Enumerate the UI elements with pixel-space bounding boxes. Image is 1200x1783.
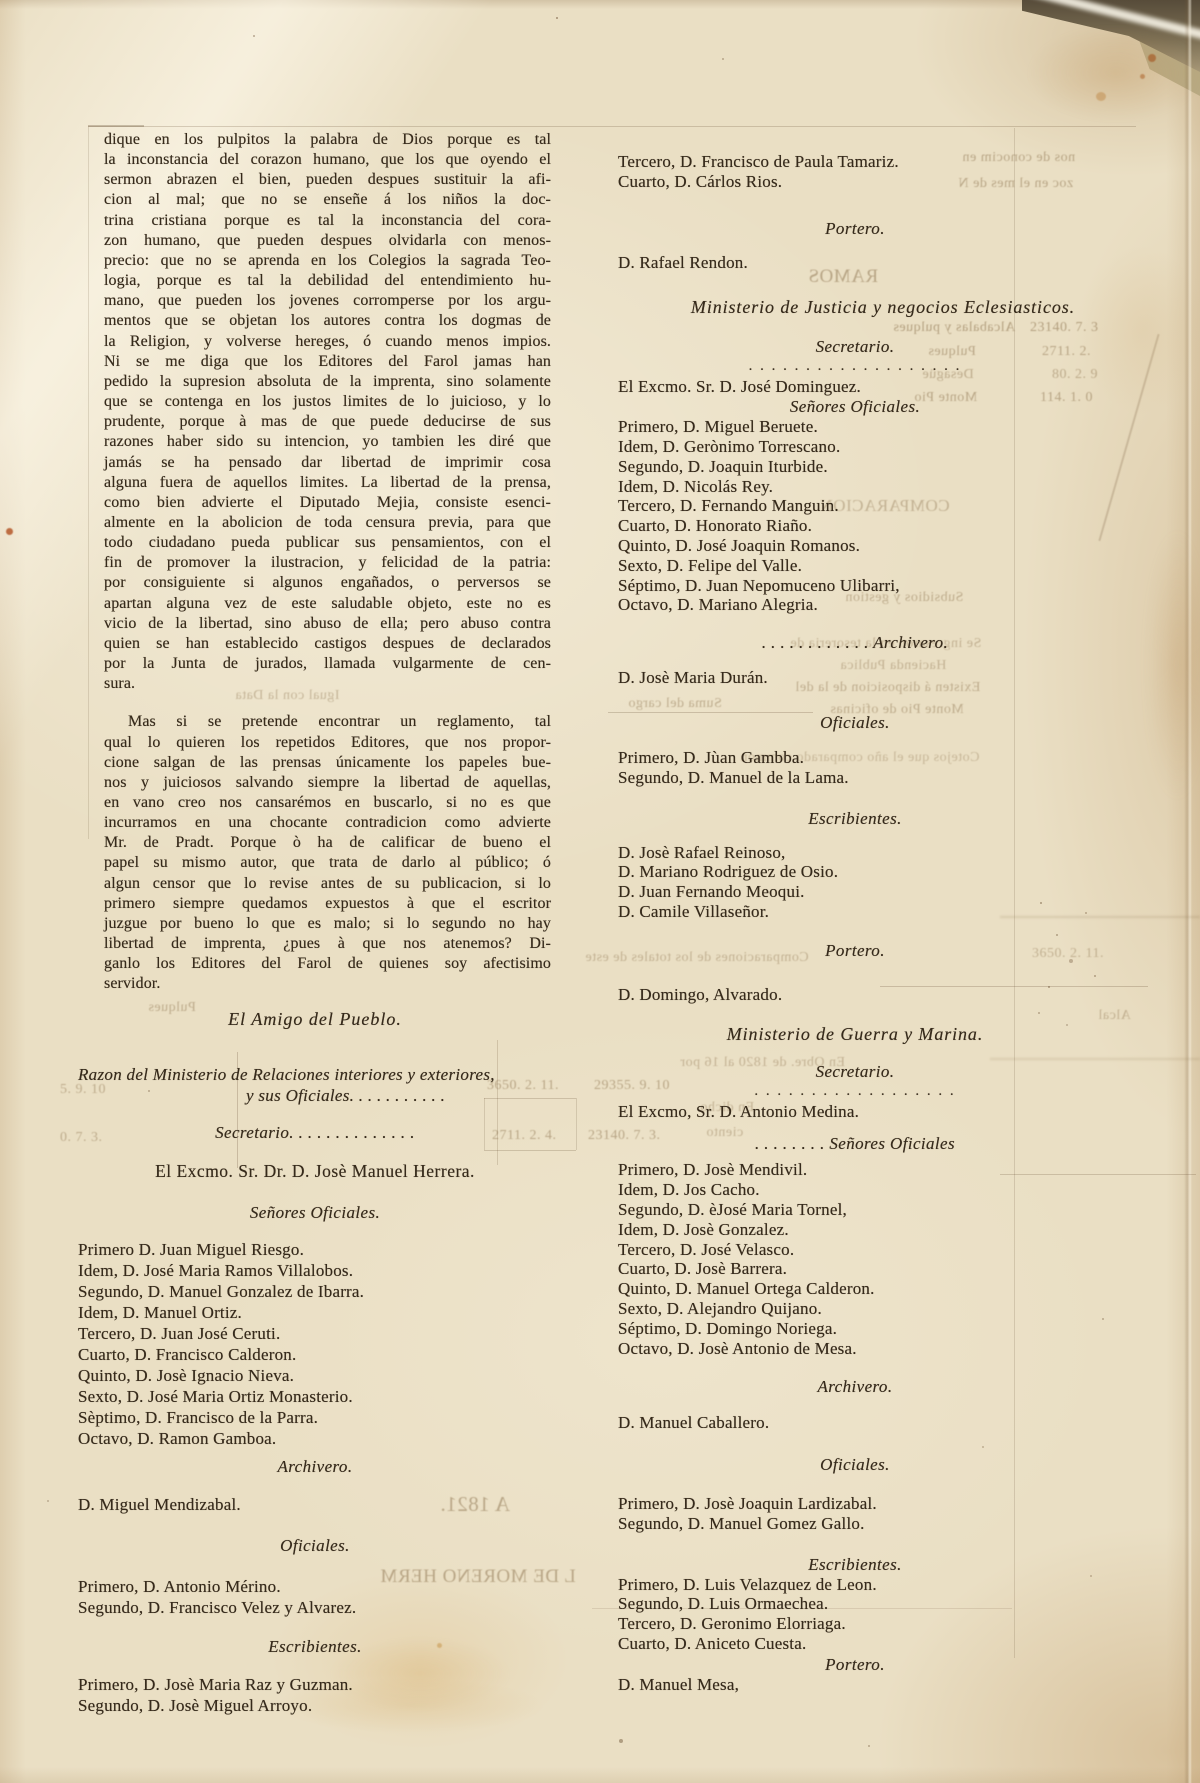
paragraph-line: cione salgan de las prensas únicamente l…: [104, 753, 551, 773]
paragraph-line: servidor.: [104, 974, 551, 994]
oficiales2-list: Primero, D. Antonio Mérino.Segundo, D. F…: [78, 1576, 552, 1618]
paragraph-line: precio: que no se aprenda en los Colegio…: [104, 251, 551, 271]
official-name: Idem, D. José Maria Ramos Villalobos.: [78, 1260, 552, 1281]
paragraph-line: vicio de la libertad, sino abuso de ella…: [104, 614, 551, 634]
rust-spot: [1148, 54, 1156, 62]
heading-escribientes: Escribientes.: [618, 1554, 1092, 1575]
official-name: Tercero, D. Francisco de Paula Tamariz.: [618, 152, 1092, 172]
razon-heading-line1: Razon del Ministerio de Relaciones inter…: [78, 1064, 552, 1085]
paragraph-line: la inconstancia del corazon humano, que …: [104, 150, 551, 170]
paragraph-line: que se contenga en los justos limites de…: [104, 392, 551, 412]
carryover-list: Tercero, D. Francisco de Paula Tamariz.C…: [618, 152, 1092, 192]
official-name: D. Manuel Caballero.: [618, 1413, 1092, 1433]
heading-oficiales: Oficiales.: [618, 712, 1092, 733]
rust-spot: [1140, 74, 1145, 79]
heading-secretario: Secretario. . . . . . . . . . . . . .: [78, 1122, 552, 1143]
heading-archivero: Archivero.: [78, 1456, 552, 1477]
portero-name-block: D. Rafael Rendon.: [618, 253, 1092, 273]
paragraph-line: juzgue por bueno lo que es malo; si lo s…: [104, 914, 551, 934]
paragraph-line: dique en los pulpitos la palabra de Dios…: [104, 130, 551, 150]
paragraph-line: mentos que se objetan los autores contra…: [104, 311, 551, 331]
vertical-crease: [1184, 0, 1192, 1783]
left-column: dique en los pulpitos la palabra de Dios…: [78, 130, 552, 1716]
dotted-leader: . . . . . . . . . . . . . . . . . . .: [618, 357, 1092, 375]
official-name: Sexto, D. Felipe del Valle.: [618, 556, 1092, 576]
paragraph-line: la Religion, y volverse hereges, ó cuand…: [104, 332, 551, 352]
official-name: D. Miguel Mendizabal.: [78, 1494, 552, 1515]
stain: [1146, 530, 1200, 800]
official-name: Idem, D. Josè Gonzalez.: [618, 1220, 1092, 1240]
heading-portero: Portero.: [618, 1654, 1092, 1675]
secretario-name: El Excmo. Sr. D. José Dominguez.: [618, 377, 1092, 397]
official-name: D. Rafael Rendon.: [618, 253, 1092, 273]
paragraph-line: apartan alguna vez de este saludable obj…: [104, 594, 551, 614]
rust-spot: [1096, 92, 1106, 101]
paragraph-line: Ni se me diga que los Editores del Farol…: [104, 352, 551, 372]
rule-line: [88, 126, 1136, 127]
escribientes-list: D. Josè Rafael Reinoso,D. Mariano Rodrig…: [618, 843, 1092, 922]
heading-archivero: Archivero.: [618, 1376, 1092, 1397]
oficiales-list: Primero D. Juan Miguel Riesgo.Idem, D. J…: [78, 1239, 552, 1449]
official-name: Idem, D. Jos Cacho.: [618, 1180, 1092, 1200]
secretario-name-block: El Excmo, Sr. D. Antonio Medina.: [618, 1102, 1092, 1122]
oficiales2-list: Primero, D. Jùan Gambba.Segundo, D. Manu…: [618, 748, 1092, 788]
heading-portero: Portero.: [618, 940, 1092, 961]
official-name: Quinto, D. José Joaquin Romanos.: [618, 536, 1092, 556]
archivero-name: D. Miguel Mendizabal.: [78, 1494, 552, 1515]
official-name: D. Camile Villaseñor.: [618, 902, 1092, 922]
paragraph-line: nos y juiciosos salvando siempre la libe…: [104, 773, 551, 793]
official-name: Octavo, D. Josè Antonio de Mesa.: [618, 1339, 1092, 1359]
heading-senores-oficiales: . . . . . . . . Señores Oficiales: [618, 1134, 1092, 1154]
official-name: Quinto, D. Josè Ignacio Nieva.: [78, 1365, 552, 1386]
official-name: Segundo, D. Manuel Gonzalez de Ibarra.: [78, 1281, 552, 1302]
heading-ministerio-justicia: Ministerio de Justicia y negocios Eclesi…: [646, 296, 1120, 318]
paragraph-line: papel su mismo autor, que trata de darlo…: [104, 853, 551, 873]
official-name: Primero, D. Josè Mendivil.: [618, 1160, 1092, 1180]
paragraph-line: sura.: [104, 674, 551, 694]
right-column: Tercero, D. Francisco de Paula Tamariz.C…: [618, 152, 1092, 1695]
paragraph-line: razones haber sido su intencion, yo tamb…: [104, 432, 551, 452]
official-name: Primero D. Juan Miguel Riesgo.: [78, 1239, 552, 1260]
official-name: Octavo, D. Mariano Alegria.: [618, 595, 1092, 615]
official-name: Idem, D. Gerònimo Torrescano.: [618, 437, 1092, 457]
official-name: D. Juan Fernando Meoqui.: [618, 882, 1092, 902]
official-name: D. Domingo, Alvarado.: [618, 985, 1092, 1005]
paragraph-line: libertad de imprenta, ¿pues à que nos at…: [104, 934, 551, 954]
document-page: nos de conocim enzoc en el mes de NRAMOS…: [0, 0, 1200, 1783]
heading-secretario: Secretario.: [618, 1061, 1092, 1082]
signature: El Amigo del Pueblo.: [78, 1009, 552, 1030]
official-name: Tercero, D. Juan José Ceruti.: [78, 1323, 552, 1344]
paragraph-line: prudente, porque à mas de que puede dedu…: [104, 412, 551, 432]
official-name: Primero, D. Jùan Gambba.: [618, 748, 1092, 768]
paragraph-line: almente en la abolicion de toda censura …: [104, 513, 551, 533]
secretario-name: El Excmo, Sr. D. Antonio Medina.: [618, 1102, 1092, 1122]
official-name: D. Mariano Rodriguez de Osio.: [618, 862, 1092, 882]
paragraph-line: zon humano, que pueden despues olvidarla…: [104, 231, 551, 251]
official-name: Octavo, D. Ramon Gamboa.: [78, 1428, 552, 1449]
official-name: Segundo, D. Manuel Gomez Gallo.: [618, 1514, 1092, 1534]
paragraph-line: Mas si se pretende encontrar un reglamen…: [104, 712, 551, 732]
secretario-name-block: El Excmo. Sr. D. José Dominguez.: [618, 377, 1092, 397]
paragraph-line: como bien advierte el Diputado Mejia, co…: [104, 493, 551, 513]
official-name: Primero, D. Josè Joaquin Lardizabal.: [618, 1494, 1092, 1514]
paragraph-line: mano, que pueden los jovenes corromperse…: [104, 291, 551, 311]
heading-oficiales: Oficiales.: [618, 1454, 1092, 1475]
portero-name-block: D. Manuel Mesa,: [618, 1675, 1092, 1695]
heading-escribientes: Escribientes.: [78, 1636, 552, 1657]
secretario-name: El Excmo. Sr. Dr. D. Josè Manuel Herrera…: [78, 1161, 552, 1182]
razon-heading-line2: y sus Oficiales. . . . . . . . . . .: [246, 1085, 552, 1106]
archivero-name-block: D. Manuel Caballero.: [618, 1413, 1092, 1433]
paragraph-line: en vano creo nos cansarémos en buscarlo,…: [104, 793, 551, 813]
paragraph-line: por consiguiente si algunos engañados, o…: [104, 573, 551, 593]
official-name: Cuarto, D. Aniceto Cuesta.: [618, 1634, 1092, 1654]
official-name: D. Josè Rafael Reinoso,: [618, 843, 1092, 863]
official-name: Cuarto, D. Josè Barrera.: [618, 1259, 1092, 1279]
rust-spot: [6, 528, 13, 535]
paragraph-line: logia, porque es tal la debilidad del en…: [104, 271, 551, 291]
official-name: Segundo, D. Manuel de la Lama.: [618, 768, 1092, 788]
official-name: D. Manuel Mesa,: [618, 1675, 1092, 1695]
official-name: Idem, D. Nicolás Rey.: [618, 477, 1092, 497]
official-name: Segundo, D. Luis Ormaechea.: [618, 1594, 1092, 1614]
official-name: Cuarto, D. Honorato Riaño.: [618, 516, 1092, 536]
official-name: Quinto, D. Manuel Ortega Calderon.: [618, 1279, 1092, 1299]
paragraph-line: por la Junta de jurados, llamada vulgarm…: [104, 654, 551, 674]
official-name: D. Josè Maria Durán.: [618, 668, 1092, 688]
paragraph-line: sermon abrazen el bien, pueden despues s…: [104, 170, 551, 190]
rule-line: [576, 1098, 577, 1150]
official-name: Tercero, D. Fernando Manguin.: [618, 496, 1092, 516]
rule-line: [88, 125, 144, 127]
official-name: Segundo, D. èJosé Maria Tornel,: [618, 1200, 1092, 1220]
official-name: Segundo, D. Josè Miguel Arroyo.: [78, 1695, 552, 1716]
body-paragraph-1: dique en los pulpitos la palabra de Dios…: [104, 130, 551, 694]
paper-speckles: [0, 0, 2, 2]
official-name: Segundo, D. Joaquin Iturbide.: [618, 457, 1092, 477]
bleedthrough-text: Alcal: [1098, 1008, 1131, 1024]
official-name: Primero, D. Josè Maria Raz y Guzman.: [78, 1674, 552, 1695]
heading-senores-oficiales: Señores Oficiales.: [78, 1202, 552, 1223]
official-name: Tercero, D. Geronimo Elorriaga.: [618, 1614, 1092, 1634]
paragraph-line: alguna fuera de aquellos limites. La lib…: [104, 473, 551, 493]
paragraph-line: todo ciudadano pueda publicar sus pensam…: [104, 533, 551, 553]
paragraph-line: quien se han establecido castigos despue…: [104, 634, 551, 654]
paragraph-line: pedido la supresion absoluta de la impre…: [104, 372, 551, 392]
official-name: Sexto, D. José Maria Ortiz Monasterio.: [78, 1386, 552, 1407]
heading-portero: Portero.: [618, 218, 1092, 239]
heading-escribientes: Escribientes.: [618, 808, 1092, 829]
official-name: Sexto, D. Alejandro Quijano.: [618, 1299, 1092, 1319]
official-name: Cuarto, D. Francisco Calderon.: [78, 1344, 552, 1365]
oficiales-list: Primero, D. Josè Mendivil.Idem, D. Jos C…: [618, 1160, 1092, 1358]
official-name: Primero, D. Miguel Beruete.: [618, 417, 1092, 437]
official-name: Idem, D. Manuel Ortiz.: [78, 1302, 552, 1323]
official-name: Segundo, D. Francisco Velez y Alvarez.: [78, 1597, 552, 1618]
archivero-name-block: D. Josè Maria Durán.: [618, 668, 1092, 688]
heading-archivero: . . . . . . . . . . . . Archivero.: [618, 632, 1092, 653]
diagonal-crease: [1098, 334, 1159, 541]
official-name: Séptimo, D. Juan Nepomuceno Ulibarri,: [618, 576, 1092, 596]
heading-senores-oficiales: Señores Oficiales.: [618, 397, 1092, 417]
official-name: Primero, D. Luis Velazquez de Leon.: [618, 1575, 1092, 1595]
dotted-leader: . . . . . . . . . . . . . . . . . .: [618, 1082, 1092, 1100]
paragraph-line: Mr. de Pradt. Porque ò ha de calificar d…: [104, 833, 551, 853]
oficiales-list: Primero, D. Miguel Beruete.Idem, D. Gerò…: [618, 417, 1092, 615]
section-heading-razon: Razon del Ministerio de Relaciones inter…: [78, 1064, 552, 1106]
paragraph-line: ganlo los Editores del Farol de quienes …: [104, 954, 551, 974]
heading-secretario: Secretario.: [618, 336, 1092, 357]
heading-oficiales: Oficiales.: [78, 1535, 552, 1556]
paragraph-line: primero siempre quedamos expuestos à que…: [104, 894, 551, 914]
paragraph-line: fin de promover la ilustracion, y felici…: [104, 553, 551, 573]
official-name: Cuarto, D. Cárlos Rios.: [618, 172, 1092, 192]
heading-ministerio-guerra: Ministerio de Guerra y Marina.: [618, 1023, 1092, 1045]
paragraph-line: algun censor que lo revise antes de su p…: [104, 874, 551, 894]
body-paragraph-2: Mas si se pretende encontrar un reglamen…: [104, 712, 551, 994]
paragraph-line: cion al mal; que no se enseñe á los niño…: [104, 190, 551, 210]
paragraph-line: incurramos en una chocante contradicion …: [104, 813, 551, 833]
official-name: Primero, D. Antonio Mérino.: [78, 1576, 552, 1597]
portero-name-block: D. Domingo, Alvarado.: [618, 985, 1092, 1005]
paragraph-line: qual lo quieren los repetidos Editores, …: [104, 733, 551, 753]
escribientes-list: Primero, D. Luis Velazquez de Leon.Segun…: [618, 1575, 1092, 1654]
oficiales2-list: Primero, D. Josè Joaquin Lardizabal.Segu…: [618, 1494, 1092, 1534]
stain: [1080, 245, 1200, 415]
escribientes-list: Primero, D. Josè Maria Raz y Guzman.Segu…: [78, 1674, 552, 1716]
official-name: Tercero, D. José Velasco.: [618, 1240, 1092, 1260]
paragraph-line: trina cristiana porque es tal la inconst…: [104, 211, 551, 231]
official-name: Sèptimo, D. Francisco de la Parra.: [78, 1407, 552, 1428]
paragraph-line: jamás se ha pensado dar libertad de impr…: [104, 453, 551, 473]
official-name: Séptimo, D. Domingo Noriega.: [618, 1319, 1092, 1339]
